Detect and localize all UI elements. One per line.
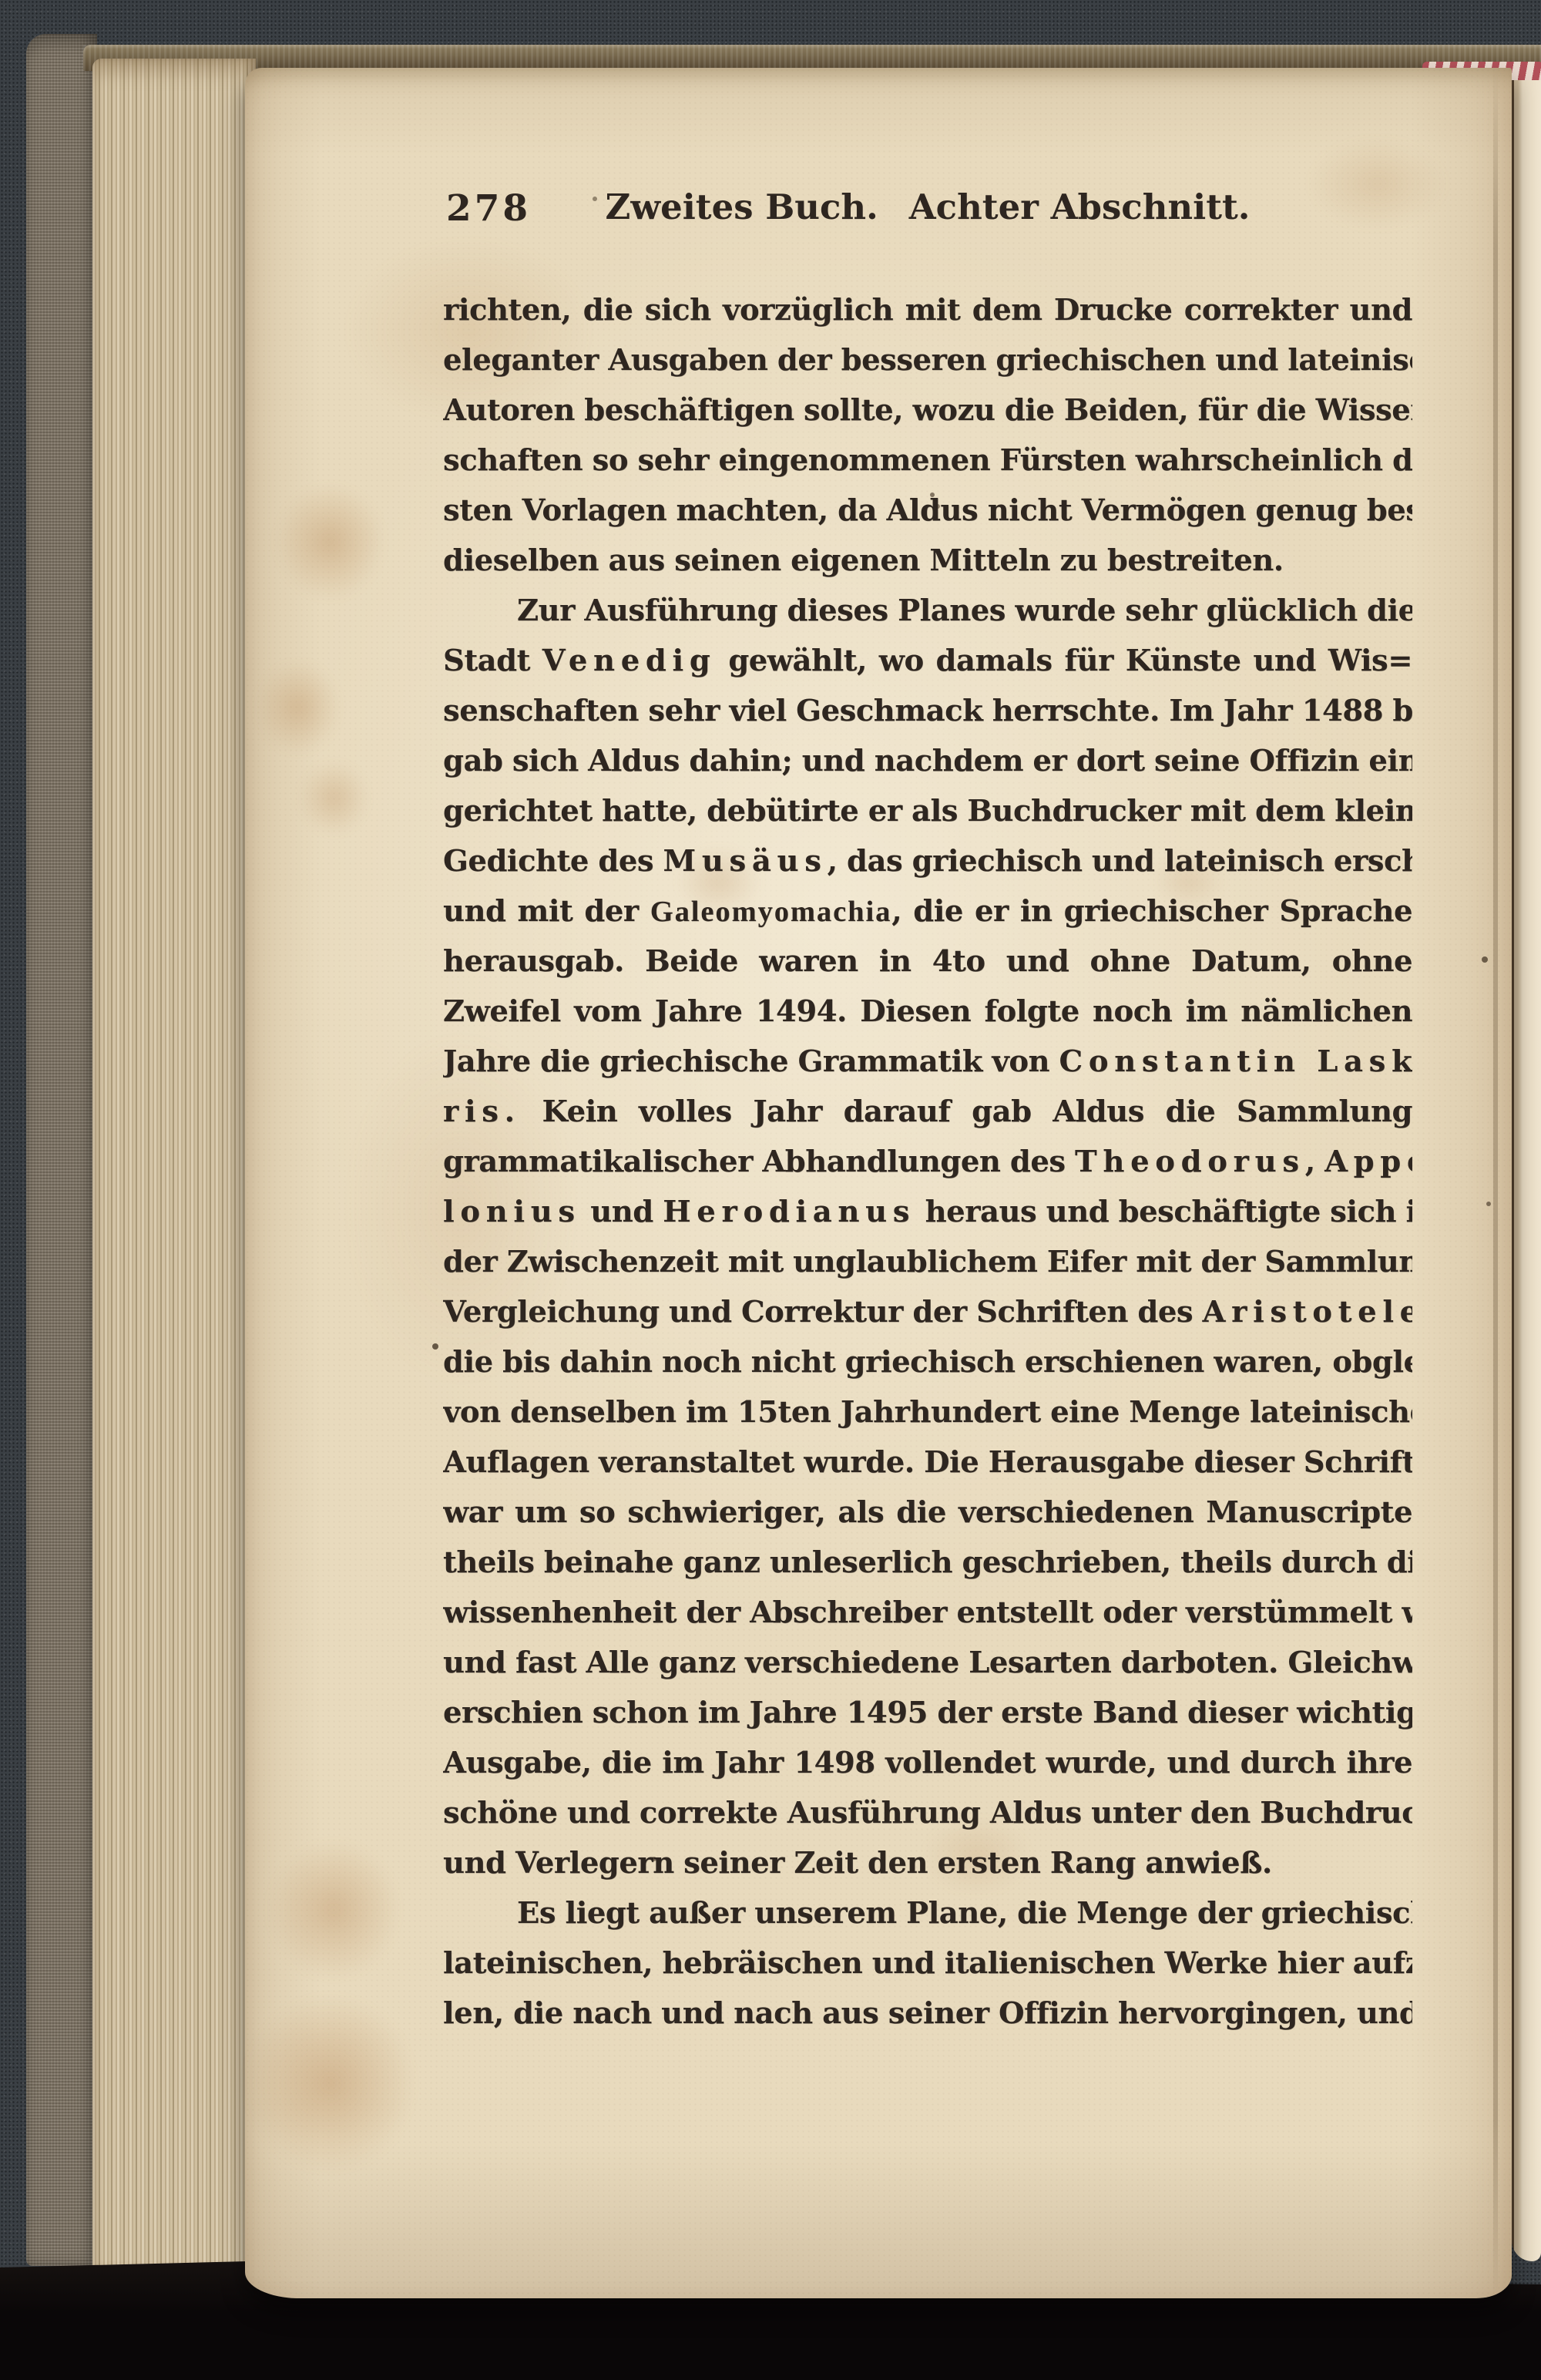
text-line: Gedichte des Musäus, das griechisch und …: [443, 836, 1412, 886]
letterspaced-name: Venedig: [542, 644, 717, 678]
text-segment: Gedichte des: [443, 844, 663, 879]
book-photo: 278 Zweites Buch.Achter Abschnitt. richt…: [0, 0, 1541, 2380]
text-segment: von denselben im 15ten Jahrhundert eine …: [443, 1395, 1412, 1430]
text-line: schöne und correkte Ausführung Aldus unt…: [443, 1788, 1412, 1838]
text-line: grammatikalischer Abhandlungen des Theod…: [443, 1137, 1412, 1187]
text-segment: die bis dahin noch nicht griechisch ersc…: [443, 1345, 1412, 1380]
text-line: richten, die sich vorzüglich mit dem Dru…: [443, 285, 1412, 335]
text-segment: der Zwischenzeit mit unglaublichem Eifer…: [443, 1245, 1412, 1279]
text-segment: lateinischen, hebräischen und italienisc…: [443, 1946, 1412, 1981]
text-line: Autoren beschäftigen sollte, wozu die Be…: [443, 385, 1412, 435]
header-book-title: Zweites Buch.: [606, 187, 878, 227]
text-segment: schaften so sehr eingenommenen Fürsten w…: [443, 443, 1412, 478]
running-header: 278 Zweites Buch.Achter Abschnitt.: [443, 187, 1412, 231]
text-segment: gerichtet hatte, debütirte er als Buchdr…: [443, 794, 1412, 829]
text-line: len, die nach und nach aus seiner Offizi…: [443, 1988, 1412, 2039]
text-segment: theils beinahe ganz unleserlich geschrie…: [443, 1545, 1412, 1580]
page-fold-crease: [1493, 68, 1498, 2298]
letterspaced-name: Herodianus: [663, 1195, 915, 1229]
page-number: 278: [446, 187, 531, 230]
text-line: Auflagen veranstaltet wurde. Die Herausg…: [443, 1437, 1412, 1487]
text-segment: und fast Alle ganz verschiedene Lesarten…: [443, 1645, 1412, 1680]
text-line: und Verlegern seiner Zeit den ersten Ran…: [443, 1838, 1412, 1888]
text-line: war um so schwieriger, als die verschied…: [443, 1487, 1412, 1538]
paper-stain: [256, 661, 341, 754]
text-segment: herausgab. Beide waren in 4to und ohne D…: [443, 944, 1412, 979]
text-line: erschien schon im Jahre 1495 der erste B…: [443, 1688, 1412, 1738]
text-segment: schöne und correkte Ausführung Aldus unt…: [443, 1796, 1412, 1830]
header-section-title: Achter Abschnitt.: [909, 187, 1251, 227]
text-line: und fast Alle ganz verschiedene Lesarten…: [443, 1638, 1412, 1688]
text-line: theils beinahe ganz unleserlich geschrie…: [443, 1538, 1412, 1588]
text-line: gerichtet hatte, debütirte er als Buchdr…: [443, 786, 1412, 836]
text-line: Es liegt außer unserem Plane, die Menge …: [443, 1888, 1412, 1938]
text-line: lateinischen, hebräischen und italienisc…: [443, 1938, 1412, 1988]
text-line: dieselben aus seinen eigenen Mitteln zu …: [443, 536, 1412, 586]
text-line: Zweifel vom Jahre 1494. Diesen folgte no…: [443, 987, 1412, 1037]
letterspaced-name: ris.: [443, 1094, 521, 1129]
text-segment: Autoren beschäftigen sollte, wozu die Be…: [443, 393, 1412, 428]
paper-stain: [276, 484, 384, 600]
text-line: von denselben im 15ten Jahrhundert eine …: [443, 1387, 1412, 1437]
text-segment: senschaften sehr viel Geschmack herrscht…: [443, 694, 1412, 728]
page-text: 278 Zweites Buch.Achter Abschnitt. richt…: [443, 187, 1412, 2039]
text-line: eleganter Ausgaben der besseren griechis…: [443, 335, 1412, 385]
text-line: und mit der Galeomyomachia, die er in gr…: [443, 886, 1412, 936]
text-segment: , die er in griechischer Sprache: [891, 894, 1412, 929]
text-segment: len, die nach und nach aus seiner Offizi…: [443, 1996, 1412, 2031]
text-segment: sten Vorlagen machten, da Aldus nicht Ve…: [443, 493, 1412, 528]
text-segment: Stadt: [443, 644, 542, 678]
antiqua-word: Galeomyomachia: [650, 896, 892, 928]
text-segment: Jahre die griechische Grammatik von: [443, 1044, 1059, 1079]
text-segment: Vergleichung und Correktur der Schriften…: [443, 1295, 1203, 1330]
letterspaced-name: lonius: [443, 1195, 581, 1229]
page-edges: [92, 59, 256, 2269]
text-line: Stadt Venedig gewählt, wo damals für Kün…: [443, 636, 1412, 686]
text-line: lonius und Herodianus heraus und beschäf…: [443, 1187, 1412, 1237]
text-line: ris. Kein volles Jahr darauf gab Aldus d…: [443, 1087, 1412, 1137]
text-segment: eleganter Ausgaben der besseren griechis…: [443, 343, 1412, 378]
text-line: Ausgabe, die im Jahr 1498 vollendet wurd…: [443, 1738, 1412, 1788]
text-line: herausgab. Beide waren in 4to und ohne D…: [443, 936, 1412, 987]
paper-stain: [299, 761, 368, 835]
paragraph: Es liegt außer unserem Plane, die Menge …: [443, 1888, 1412, 2039]
text-line: sten Vorlagen machten, da Aldus nicht Ve…: [443, 486, 1412, 536]
book-page: 278 Zweites Buch.Achter Abschnitt. richt…: [245, 68, 1512, 2298]
paper-stain: [245, 1995, 415, 2172]
text-segment: heraus und beschäftigte sich in: [915, 1195, 1412, 1229]
text-segment: Zur Ausführung dieses Planes wurde sehr …: [517, 593, 1412, 628]
text-line: die bis dahin noch nicht griechisch ersc…: [443, 1337, 1412, 1387]
text-segment: und Verlegern seiner Zeit den ersten Ran…: [443, 1846, 1272, 1881]
text-line: gab sich Aldus dahin; und nachdem er dor…: [443, 736, 1412, 786]
paragraph: Zur Ausführung dieses Planes wurde sehr …: [443, 586, 1412, 1888]
running-header-title: Zweites Buch.Achter Abschnitt.: [443, 187, 1412, 227]
text-line: Zur Ausführung dieses Planes wurde sehr …: [443, 586, 1412, 636]
text-line: der Zwischenzeit mit unglaublichem Eifer…: [443, 1237, 1412, 1287]
text-segment: ,: [1305, 1145, 1324, 1179]
text-segment: Kein volles Jahr darauf gab Aldus die Sa…: [521, 1094, 1412, 1129]
text-segment: Ausgabe, die im Jahr 1498 vollendet wurd…: [443, 1746, 1412, 1780]
letterspaced-name: Theodorus: [1075, 1145, 1305, 1179]
text-segment: dieselben aus seinen eigenen Mitteln zu …: [443, 543, 1284, 578]
text-segment: erschien schon im Jahre 1495 der erste B…: [443, 1696, 1412, 1730]
text-segment: wissenhenheit der Abschreiber entstellt …: [443, 1595, 1412, 1630]
text-segment: gab sich Aldus dahin; und nachdem er dor…: [443, 744, 1412, 778]
text-line: wissenhenheit der Abschreiber entstellt …: [443, 1588, 1412, 1638]
text-segment: grammatikalischer Abhandlungen des: [443, 1145, 1075, 1179]
text-segment: gewählt, wo damals für Künste und Wis=: [716, 644, 1412, 678]
next-page-edge: [1512, 80, 1541, 2261]
paragraph: richten, die sich vorzüglich mit dem Dru…: [443, 285, 1412, 586]
letterspaced-name: Appo=: [1324, 1145, 1412, 1179]
text-line: senschaften sehr viel Geschmack herrscht…: [443, 686, 1412, 736]
book-cover-cloth: [26, 34, 97, 2266]
text-segment: Es liegt außer unserem Plane, die Menge …: [517, 1896, 1412, 1931]
text-segment: , das griechisch und lateinisch erschien: [828, 844, 1412, 879]
letterspaced-name: Constantin Laska=: [1059, 1044, 1412, 1079]
text-segment: war um so schwieriger, als die verschied…: [443, 1495, 1412, 1530]
text-segment: und: [581, 1195, 663, 1229]
body-text: richten, die sich vorzüglich mit dem Dru…: [443, 285, 1412, 2039]
book-cover-top-edge: [83, 45, 1541, 71]
text-line: Jahre die griechische Grammatik von Cons…: [443, 1037, 1412, 1087]
paper-specks: [245, 68, 248, 71]
text-line: Vergleichung und Correktur der Schriften…: [443, 1287, 1412, 1337]
text-segment: richten, die sich vorzüglich mit dem Dru…: [443, 293, 1412, 328]
letterspaced-name: Aristoteles: [1203, 1295, 1412, 1330]
text-segment: und mit der: [443, 894, 650, 929]
text-segment: Zweifel vom Jahre 1494. Diesen folgte no…: [443, 994, 1412, 1029]
paper-stain: [268, 1840, 399, 1979]
text-segment: Auflagen veranstaltet wurde. Die Herausg…: [443, 1445, 1412, 1480]
text-line: schaften so sehr eingenommenen Fürsten w…: [443, 435, 1412, 486]
letterspaced-name: Musäus: [663, 844, 828, 879]
